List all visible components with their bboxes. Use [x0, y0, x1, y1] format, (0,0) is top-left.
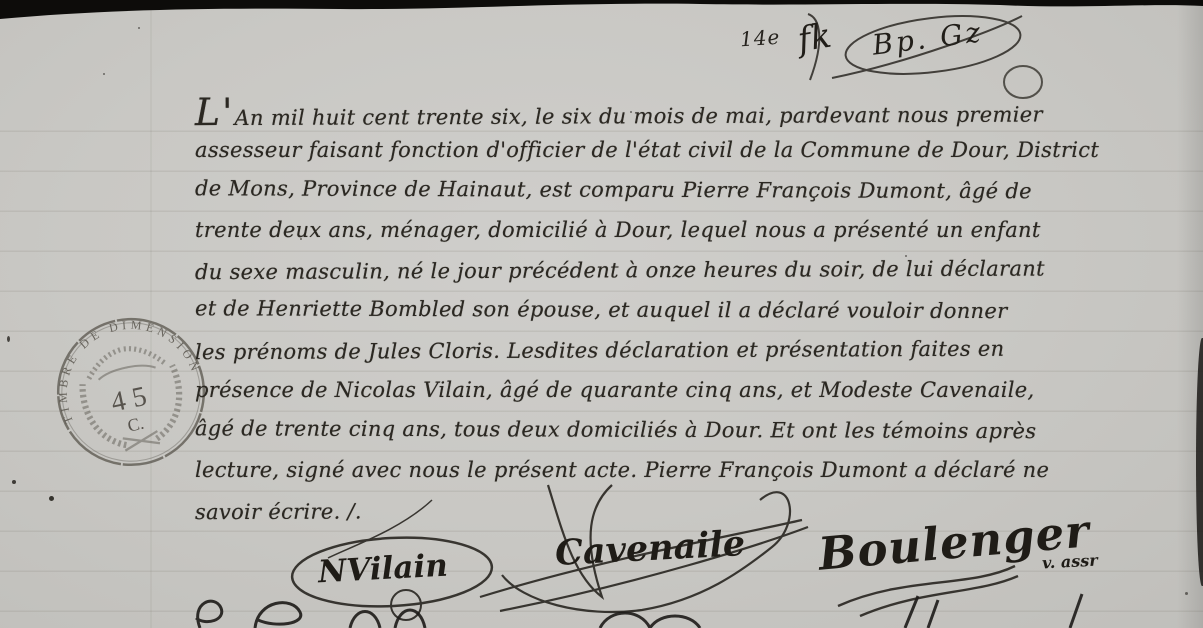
act-line-1: L'An mil huit cent trente six, le six du… [195, 88, 1195, 132]
act-line-7: les prénoms de Jules Cloris. Lesdites dé… [195, 328, 1195, 372]
stamp-unit: C. [126, 413, 146, 436]
registrar-paraph-initials: fk [795, 16, 834, 61]
act-line-9: âgé de trente cinq ans, tous deux domici… [195, 408, 1195, 451]
ink-speck [103, 73, 105, 75]
act-line-4: trente deux ans, ménager, domicilié à Do… [195, 210, 1195, 250]
act-line-2: assesseur faisant fonction d'officier de… [195, 130, 1195, 170]
act-text-block: L'An mil huit cent trente six, le six du… [195, 90, 1195, 530]
stamp-value: 45 [108, 379, 156, 418]
ink-speck [7, 336, 10, 342]
act-line-8: présence de Nicolas Vilain, âgé de quara… [195, 370, 1195, 410]
act-line-5: du sexe masculin, né le jour précédent à… [195, 248, 1195, 292]
ink-speck [986, 470, 988, 472]
page-right-gutter-shade [1177, 0, 1203, 628]
marginal-act-number: 14e [739, 25, 781, 52]
page-top-scan-edge [0, 0, 1203, 30]
ink-speck [49, 496, 54, 501]
ink-speck [630, 111, 632, 113]
signature-officer-title-abbrev: v. assr [1042, 551, 1099, 573]
ink-speck [138, 27, 140, 29]
ink-speck [300, 238, 302, 240]
ink-speck [905, 255, 907, 257]
act-line-10: lecture, signé avec nous le présent acte… [195, 450, 1195, 490]
ink-speck [12, 480, 16, 484]
act-line-3: de Mons, Province de Hainaut, est compar… [195, 168, 1195, 211]
act-line-6: et de Henriette Bombled son épouse, et a… [195, 288, 1195, 331]
signature-vilain: NVilain [317, 548, 449, 591]
